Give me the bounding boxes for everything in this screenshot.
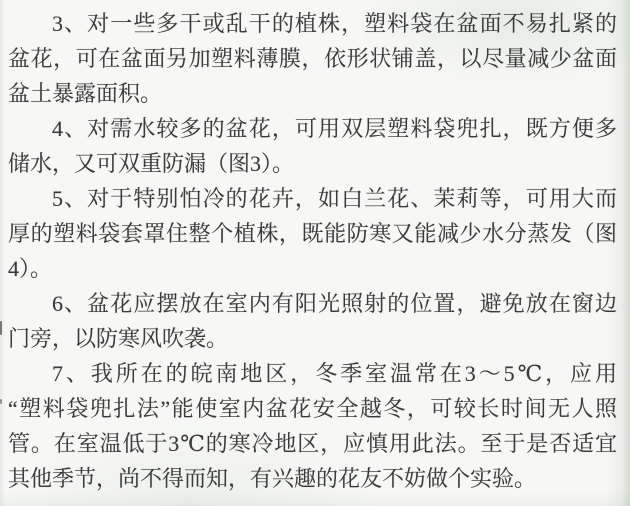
- text-line: 4、对需水较多的盆花，可用双层塑料袋兜扎，既方便多: [8, 111, 617, 146]
- text-line: 5、对于特别怕冷的花卉，如白兰花、茉莉等，可用大而: [8, 181, 617, 216]
- text-line: 储水，又可双重防漏（图3）。: [8, 146, 617, 181]
- text-line: 门旁，以防寒风吹袭。: [8, 321, 617, 356]
- scan-artifact: [0, 321, 2, 335]
- text-line: 3、对一些多干或乱干的植株，塑料袋在盆面不易扎紧的: [8, 6, 617, 41]
- text-line: 7、我所在的皖南地区，冬季室温常在3～5℃，应用: [8, 356, 617, 391]
- text-line: 管。在室温低于3℃的寒冷地区，应慎用此法。至于是否适宜: [8, 426, 617, 461]
- scan-artifact: [0, 399, 2, 404]
- article-body: 3、对一些多干或乱干的植株，塑料袋在盆面不易扎紧的盆花，可在盆面另加塑料薄膜，依…: [8, 6, 617, 496]
- text-line: 6、盆花应摆放在室内有阳光照射的位置，避免放在窗边: [8, 286, 617, 321]
- text-line: 4）。: [8, 251, 617, 286]
- text-line: “塑料袋兜扎法”能使室内盆花安全越冬，可较长时间无人照: [8, 391, 617, 426]
- text-line: 厚的塑料袋套罩住整个植株，既能防寒又能减少水分蒸发（图: [8, 216, 617, 251]
- text-line: 其他季节，尚不得而知，有兴趣的花友不妨做个实验。: [8, 461, 617, 496]
- text-line: 盆土暴露面积。: [8, 76, 617, 111]
- text-line: 盆花，可在盆面另加塑料薄膜，依形状铺盖，以尽量减少盆面: [8, 41, 617, 76]
- scanned-page: 3、对一些多干或乱干的植株，塑料袋在盆面不易扎紧的盆花，可在盆面另加塑料薄膜，依…: [0, 0, 630, 506]
